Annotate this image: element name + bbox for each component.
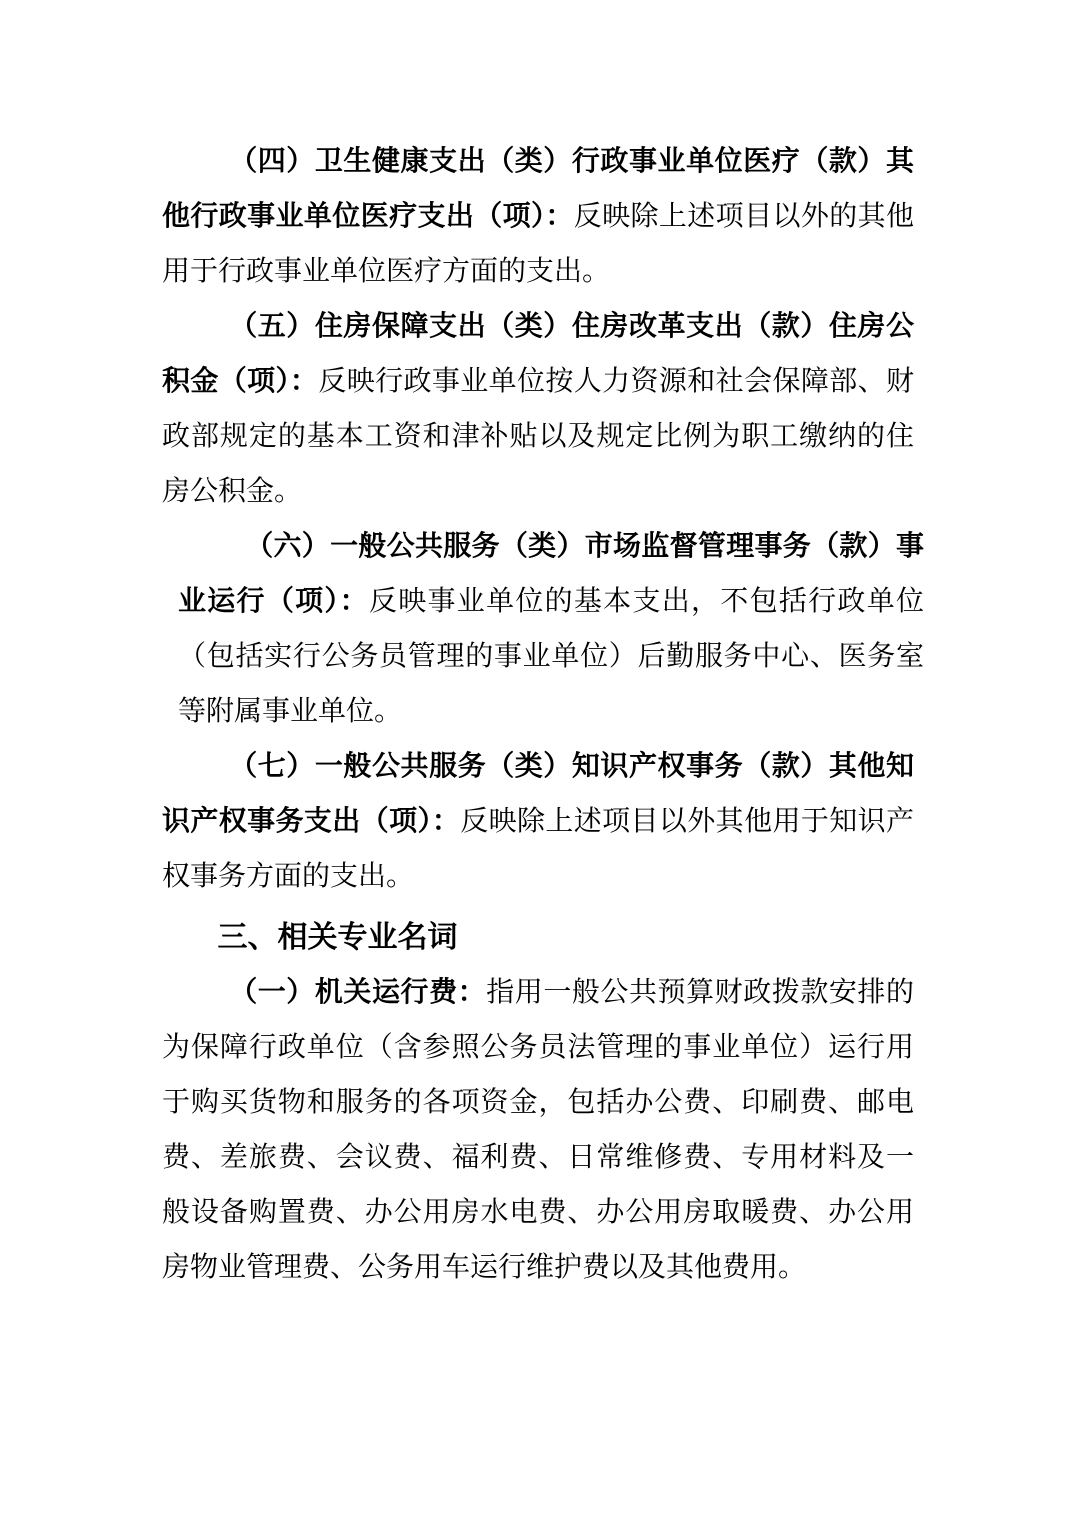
clause-paragraph-4: （四）卫生健康支出（类）行政事业单位医疗（款）其他行政事业单位医疗支出（项）：反…: [162, 134, 914, 299]
clause-paragraph-5: （五）住房保障支出（类）住房改革支出（款）住房公积金（项）：反映行政事业单位按人…: [162, 299, 914, 519]
term-1-body: 指用一般公共预算财政拨款安排的为保障行政单位（含参照公务员法管理的事业单位）运行…: [162, 977, 914, 1283]
document-page: （四）卫生健康支出（类）行政事业单位医疗（款）其他行政事业单位医疗支出（项）：反…: [0, 0, 1074, 1520]
section-heading: 三、相关专业名词: [162, 910, 914, 965]
term-1-lead: （一）机关运行费：: [229, 977, 486, 1008]
term-paragraph-1: （一）机关运行费：指用一般公共预算财政拨款安排的为保障行政单位（含参照公务员法管…: [162, 965, 914, 1295]
clause-paragraph-7: （七）一般公共服务（类）知识产权事务（款）其他知识产权事务支出（项）：反映除上述…: [162, 739, 914, 904]
clause-paragraph-6: （六）一般公共服务（类）市场监督管理事务（款）事业运行（项）：反映事业单位的基本…: [178, 519, 924, 739]
